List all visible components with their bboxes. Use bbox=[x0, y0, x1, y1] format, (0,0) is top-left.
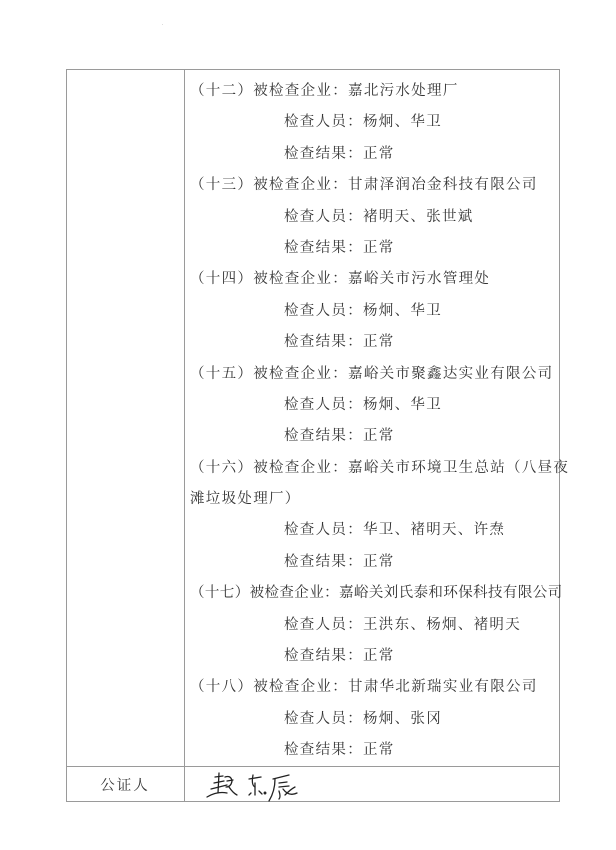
entry-inspectors-line: 检查人员：王洪东、杨炯、褚明天 bbox=[190, 610, 558, 641]
entry-result-line: 检查结果：正常 bbox=[190, 547, 558, 578]
entry-inspectors-line: 检查人员：杨炯、张冈 bbox=[190, 704, 558, 735]
entry-number: （十三） bbox=[190, 177, 253, 193]
entry-company-line: （十六）被检查企业：嘉峪关市环境卫生总站（八昼夜 bbox=[190, 453, 558, 484]
entry-inspectors-line: 检查人员：杨炯、华卫 bbox=[190, 296, 558, 327]
entry-inspectors-line: 检查人员：褚明天、张世斌 bbox=[190, 202, 558, 233]
inspectors-value: 杨炯、华卫 bbox=[363, 397, 442, 413]
entry-result-line: 检查结果：正常 bbox=[190, 139, 558, 170]
column-divider bbox=[184, 70, 185, 801]
result-label: 检查结果： bbox=[284, 334, 363, 350]
entry-number: （十六） bbox=[190, 460, 253, 476]
inspectors-label: 检查人员： bbox=[284, 711, 363, 727]
notary-signature bbox=[205, 767, 325, 803]
result-value: 正常 bbox=[363, 648, 395, 664]
entry-inspectors-line: 检查人员：杨炯、华卫 bbox=[190, 390, 558, 421]
inspectors-label: 检查人员： bbox=[284, 617, 363, 633]
inspectors-label: 检查人员： bbox=[284, 303, 363, 319]
company-name: 嘉峪关市环境卫生总站（八昼夜 bbox=[348, 460, 569, 476]
entry-number: （十七） bbox=[190, 585, 250, 601]
result-label: 检查结果： bbox=[284, 428, 363, 444]
entry-number: （十八） bbox=[190, 679, 253, 695]
entry-result-line: 检查结果：正常 bbox=[190, 327, 558, 358]
result-label: 检查结果： bbox=[284, 742, 363, 758]
company-label: 被检查企业： bbox=[253, 271, 348, 287]
scan-speck bbox=[162, 24, 163, 25]
company-name: 嘉峪关刘氏泰和环保科技有限公司 bbox=[339, 585, 563, 601]
entry-inspectors-line: 检查人员：华卫、褚明天、许焘 bbox=[190, 515, 558, 546]
result-value: 正常 bbox=[363, 428, 395, 444]
entry-result-line: 检查结果：正常 bbox=[190, 421, 558, 452]
result-value: 正常 bbox=[363, 146, 395, 162]
inspectors-value: 杨炯、华卫 bbox=[363, 303, 442, 319]
result-label: 检查结果： bbox=[284, 146, 363, 162]
company-label: 被检查企业： bbox=[253, 177, 348, 193]
entry-inspectors-line: 检查人员：杨炯、华卫 bbox=[190, 107, 558, 138]
inspectors-label: 检查人员： bbox=[284, 209, 363, 225]
result-value: 正常 bbox=[363, 742, 395, 758]
entry-number: （十五） bbox=[190, 366, 253, 382]
result-label: 检查结果： bbox=[284, 240, 363, 256]
inspectors-value: 褚明天、张世斌 bbox=[363, 209, 474, 225]
inspectors-value: 王洪东、杨炯、褚明天 bbox=[363, 617, 521, 633]
company-name: 嘉北污水处理厂 bbox=[348, 83, 459, 99]
entry-result-line: 检查结果：正常 bbox=[190, 641, 558, 672]
inspection-list: （十二）被检查企业：嘉北污水处理厂 检查人员：杨炯、华卫 检查结果：正常 （十三… bbox=[190, 76, 558, 767]
result-label: 检查结果： bbox=[284, 648, 363, 664]
result-value: 正常 bbox=[363, 240, 395, 256]
entry-company-line: （十七）被检查企业：嘉峪关刘氏泰和环保科技有限公司 bbox=[190, 578, 558, 609]
company-name: 嘉峪关市污水管理处 bbox=[348, 271, 490, 287]
document-page: （十二）被检查企业：嘉北污水处理厂 检查人员：杨炯、华卫 检查结果：正常 （十三… bbox=[0, 0, 616, 850]
inspectors-label: 检查人员： bbox=[284, 522, 363, 538]
entry-company-line: （十三）被检查企业：甘肃泽润冶金科技有限公司 bbox=[190, 170, 558, 201]
notary-label: 公证人 bbox=[66, 766, 184, 802]
inspectors-label: 检查人员： bbox=[284, 114, 363, 130]
entry-company-line: （十四）被检查企业：嘉峪关市污水管理处 bbox=[190, 264, 558, 295]
entry-company-line: （十八）被检查企业：甘肃华北新瑞实业有限公司 bbox=[190, 672, 558, 703]
company-name: 甘肃泽润冶金科技有限公司 bbox=[348, 177, 538, 193]
inspectors-value: 华卫、褚明天、许焘 bbox=[363, 522, 505, 538]
company-label: 被检查企业： bbox=[253, 460, 348, 476]
company-label: 被检查企业： bbox=[253, 366, 348, 382]
entry-number: （十四） bbox=[190, 271, 253, 287]
handwritten-signature-icon bbox=[205, 767, 325, 803]
company-label: 被检查企业： bbox=[253, 679, 348, 695]
result-value: 正常 bbox=[363, 554, 395, 570]
entry-number: （十二） bbox=[190, 83, 253, 99]
inspectors-label: 检查人员： bbox=[284, 397, 363, 413]
entry-company-continuation: 滩垃圾处理厂） bbox=[190, 484, 558, 515]
company-label: 被检查企业： bbox=[253, 83, 348, 99]
company-name: 甘肃华北新瑞实业有限公司 bbox=[348, 679, 538, 695]
entry-result-line: 检查结果：正常 bbox=[190, 735, 558, 766]
entry-company-line: （十二）被检查企业：嘉北污水处理厂 bbox=[190, 76, 558, 107]
result-label: 检查结果： bbox=[284, 554, 363, 570]
company-name: 嘉峪关市聚鑫达实业有限公司 bbox=[348, 366, 553, 382]
result-value: 正常 bbox=[363, 334, 395, 350]
entry-result-line: 检查结果：正常 bbox=[190, 233, 558, 264]
inspectors-value: 杨炯、华卫 bbox=[363, 114, 442, 130]
entry-company-line: （十五）被检查企业：嘉峪关市聚鑫达实业有限公司 bbox=[190, 359, 558, 390]
company-name-continued: 滩垃圾处理厂） bbox=[190, 491, 301, 507]
company-label: 被检查企业： bbox=[250, 585, 339, 601]
inspectors-value: 杨炯、张冈 bbox=[363, 711, 442, 727]
